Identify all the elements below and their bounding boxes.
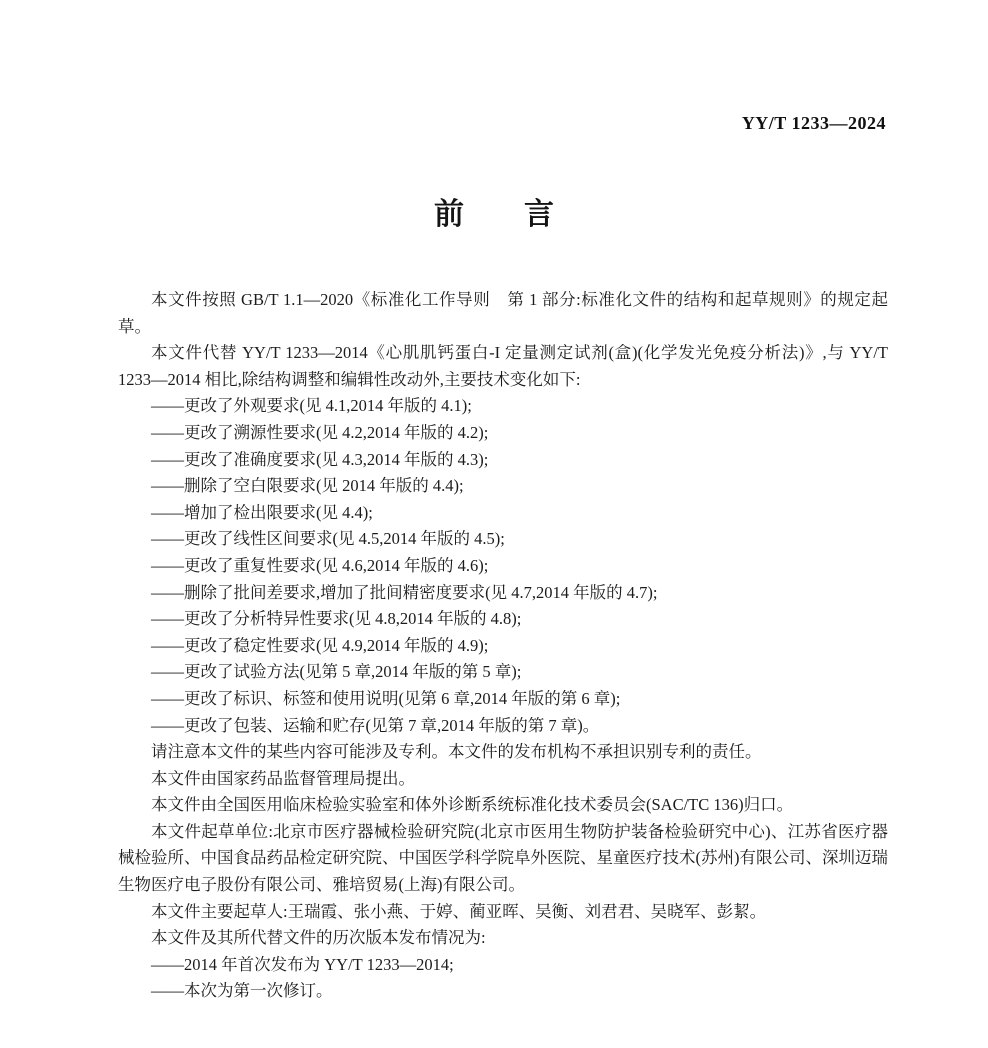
standard-document-page: YY/T 1233—2024 前 言 本文件按照 GB/T 1.1—2020《标… bbox=[0, 0, 988, 1048]
change-list-item: ——更改了稳定性要求(见 4.9,2014 年版的 4.9); bbox=[118, 633, 888, 660]
change-list-item: ——增加了检出限要求(见 4.4); bbox=[118, 500, 888, 527]
paragraph: 本文件及其所代替文件的历次版本发布情况为: bbox=[118, 925, 888, 952]
paragraph: 请注意本文件的某些内容可能涉及专利。本文件的发布机构不承担识别专利的责任。 bbox=[118, 739, 888, 766]
paragraph: 本文件主要起草人:王瑞霞、张小燕、于婷、蔺亚晖、吴衡、刘君君、吴晓军、彭絜。 bbox=[118, 899, 888, 926]
paragraph: 本文件由国家药品监督管理局提出。 bbox=[118, 766, 888, 793]
change-list-item: ——删除了空白限要求(见 2014 年版的 4.4); bbox=[118, 473, 888, 500]
paragraph: 本文件代替 YY/T 1233—2014《心肌肌钙蛋白-I 定量测定试剂(盒)(… bbox=[118, 340, 888, 393]
history-list-item: ——本次为第一次修订。 bbox=[118, 978, 888, 1005]
doc-number: YY/T 1233—2024 bbox=[0, 0, 988, 134]
paragraph: 本文件由全国医用临床检验实验室和体外诊断系统标准化技术委员会(SAC/TC 13… bbox=[118, 792, 888, 819]
foreword-body: 本文件按照 GB/T 1.1—2020《标准化工作导则 第 1 部分:标准化文件… bbox=[118, 287, 888, 1005]
change-list-item: ——更改了分析特异性要求(见 4.8,2014 年版的 4.8); bbox=[118, 606, 888, 633]
change-list-item: ——更改了试验方法(见第 5 章,2014 年版的第 5 章); bbox=[118, 659, 888, 686]
change-list-item: ——更改了准确度要求(见 4.3,2014 年版的 4.3); bbox=[118, 447, 888, 474]
change-list-item: ——更改了标识、标签和使用说明(见第 6 章,2014 年版的第 6 章); bbox=[118, 686, 888, 713]
change-list-item: ——更改了溯源性要求(见 4.2,2014 年版的 4.2); bbox=[118, 420, 888, 447]
paragraph: 本文件按照 GB/T 1.1—2020《标准化工作导则 第 1 部分:标准化文件… bbox=[118, 287, 888, 340]
change-list-item: ——更改了包装、运输和贮存(见第 7 章,2014 年版的第 7 章)。 bbox=[118, 713, 888, 740]
change-list-item: ——更改了重复性要求(见 4.6,2014 年版的 4.6); bbox=[118, 553, 888, 580]
change-list-item: ——更改了线性区间要求(见 4.5,2014 年版的 4.5); bbox=[118, 526, 888, 553]
change-list-item: ——更改了外观要求(见 4.1,2014 年版的 4.1); bbox=[118, 393, 888, 420]
history-list-item: ——2014 年首次发布为 YY/T 1233—2014; bbox=[118, 952, 888, 979]
change-list-item: ——删除了批间差要求,增加了批间精密度要求(见 4.7,2014 年版的 4.7… bbox=[118, 580, 888, 607]
paragraph: 本文件起草单位:北京市医疗器械检验研究院(北京市医用生物防护装备检验研究中心)、… bbox=[118, 819, 888, 899]
page-title: 前 言 bbox=[0, 198, 988, 232]
